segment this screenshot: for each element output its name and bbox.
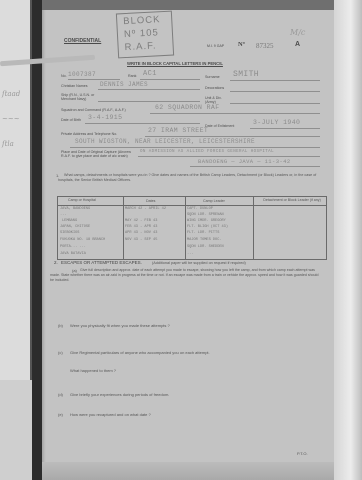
pto-label: P.T.O.	[297, 451, 308, 456]
table-cell: CAPT. DUNLOP	[187, 207, 213, 211]
classification-label: CONFIDENTIAL	[64, 38, 101, 44]
christian-names-label: Christian Names	[61, 84, 88, 88]
handwriting-scribble: ſtla	[2, 140, 14, 148]
column-divider	[253, 197, 254, 259]
underline	[85, 123, 200, 124]
form-code: M.I. 9 GAP	[207, 44, 224, 48]
squadron-value: 62 SQUADRON RAF	[155, 104, 220, 111]
decorations-label: Decorations	[205, 86, 224, 90]
squadron-label: Squadron and Command (R.A.F., A.A.F.)	[61, 108, 126, 112]
stamp-line-2: Nº 105	[124, 27, 159, 40]
dob-value: 3-4-1915	[88, 114, 122, 121]
question-a-text: Give full description and approx. date o…	[50, 268, 322, 283]
table-cell: ...	[187, 252, 193, 256]
table-cell: FUKUOKA NO. 18 BRANCH	[60, 238, 105, 242]
table-cell: SQDN LDR. SHEDDEN	[187, 245, 224, 249]
table-cell: JAPAN, CHITOSE	[60, 225, 90, 229]
surname-label: Surname	[205, 75, 220, 79]
instruction-heading: WRITE IN BLOCK CAPITAL LETTERS IN PENCIL	[127, 61, 223, 66]
service-number-value: 1007387	[68, 71, 96, 78]
form-top-shadow	[42, 0, 334, 10]
ship-label: Ship (R.N., U.S.N. or Merchant Navy)	[61, 93, 101, 101]
address-line-2: SOUTH WIGSTON, NEAR LEICESTER, LEICESTER…	[75, 138, 255, 145]
number-label: Nº	[238, 41, 245, 48]
table-cell: SQDN LDR. SPRENAN	[187, 213, 224, 217]
underline	[230, 80, 320, 81]
underline	[190, 166, 320, 167]
underlying-handwritten-page	[0, 0, 30, 380]
surname-value: SMITH	[233, 70, 259, 79]
handwriting-scribble: ~~~	[2, 115, 20, 123]
section-2-number: 2.	[54, 260, 58, 265]
table-header-leader: Camp Leader	[203, 199, 225, 203]
form-suffix: A	[295, 41, 300, 48]
question-c-followup: What happened to them ?	[70, 368, 116, 373]
capture-label: Place and Date of Original Capture (Airc…	[61, 150, 141, 158]
underline	[145, 136, 320, 137]
underline	[230, 91, 320, 92]
underline	[230, 103, 320, 104]
table-header-detachment: Detachment or Block Leader (if any)	[263, 198, 321, 202]
christian-names-value: DENNIS JAMES	[100, 81, 148, 88]
underline	[98, 89, 200, 90]
section-2-title: ESCAPES OR ATTEMPTED ESCAPES.	[61, 260, 142, 265]
corner-note: M/c	[290, 28, 305, 37]
table-cell: LEMBANG	[62, 219, 77, 223]
table-cell: SIEBOKIOS	[60, 231, 79, 235]
question-e-text: How were you recaptured and on what date…	[70, 412, 151, 417]
question-d-text: Give briefly your experiences during per…	[70, 392, 169, 397]
table-cell: FLT. BLIGH (OCT 43)	[187, 225, 228, 229]
question-e-id: (e)	[58, 412, 63, 417]
capture-line-1: ON ADMISSION AS ALLIED FORCES GENERAL HO…	[140, 150, 274, 154]
table-cell: JAVA BATAVIA	[60, 252, 86, 256]
table-cell: ...	[60, 213, 66, 217]
handwriting-scribble: ſtaad	[2, 90, 20, 98]
underline	[140, 79, 200, 80]
underline	[68, 79, 120, 80]
table-cell: MARCH 42 - APRIL 42	[125, 207, 166, 211]
question-b-id: (b)	[58, 323, 63, 328]
enlistment-value: 3-JULY 1940	[253, 119, 300, 126]
underline	[70, 147, 320, 148]
address-line-1: 27 IRAM STREET	[148, 127, 208, 134]
unit-label: Unit & Div. (Army)	[205, 96, 227, 104]
address-label: Private Address and Telephone No.	[61, 132, 117, 136]
camps-table: Camp or Hospital Dates Camp Leader Detac…	[57, 196, 327, 260]
question-c-text: Give Regimental particulars of anyone wh…	[70, 350, 210, 355]
underline	[250, 128, 320, 129]
header-divider	[58, 205, 326, 206]
section-2-note: (Additional paper will be supplied on re…	[152, 261, 246, 265]
question-c-id: (c)	[58, 350, 63, 355]
table-cell: WING CMDR. GREGORY	[187, 219, 226, 223]
underline	[150, 113, 320, 114]
rank-value: AC1	[143, 70, 157, 78]
table-cell: NOV 43 - SEP 45	[125, 238, 157, 242]
underline	[98, 101, 200, 102]
enlistment-label: Date of Enlistment	[205, 124, 234, 128]
table-cell: JAVA, BANDOENG	[60, 207, 90, 211]
column-divider	[185, 197, 186, 259]
section-1-question: What camps, detachments or hospitals wer…	[58, 173, 326, 183]
table-header-camp: Camp or Hospital	[68, 198, 96, 202]
stamp-line-1: BLOCK	[123, 14, 161, 27]
stamp-line-3: R.A.F.	[124, 40, 156, 53]
question-b-text: Were you physically fit when you made th…	[70, 323, 170, 328]
no-label: No.	[61, 74, 67, 78]
table-header-dates: Dates	[146, 199, 155, 203]
table-cell: APR 43 - NOV 43	[125, 231, 157, 235]
capture-line-2: BANDOENG — JAVA — 11-3-42	[198, 158, 291, 165]
form-number: 87325	[256, 42, 274, 50]
table-cell: FLT. LDR. PITTS	[187, 231, 219, 235]
table-cell: MAJOR TOMES DOC.	[187, 238, 222, 242]
question-d-id: (d)	[58, 392, 63, 397]
dob-label: Date of Birth	[61, 118, 81, 122]
table-cell: PORTA... ...	[60, 245, 86, 249]
block-stamp: BLOCK Nº 105 R.A.F.	[116, 11, 174, 59]
table-cell: FEB 43 - APR 43	[125, 225, 157, 229]
page-edges	[334, 0, 362, 480]
underline	[138, 156, 320, 157]
rank-label: Rank	[128, 74, 136, 78]
form-bottom-fold	[42, 462, 334, 480]
column-divider	[123, 197, 124, 259]
table-cell: MAY 42 - FEB 43	[125, 219, 157, 223]
